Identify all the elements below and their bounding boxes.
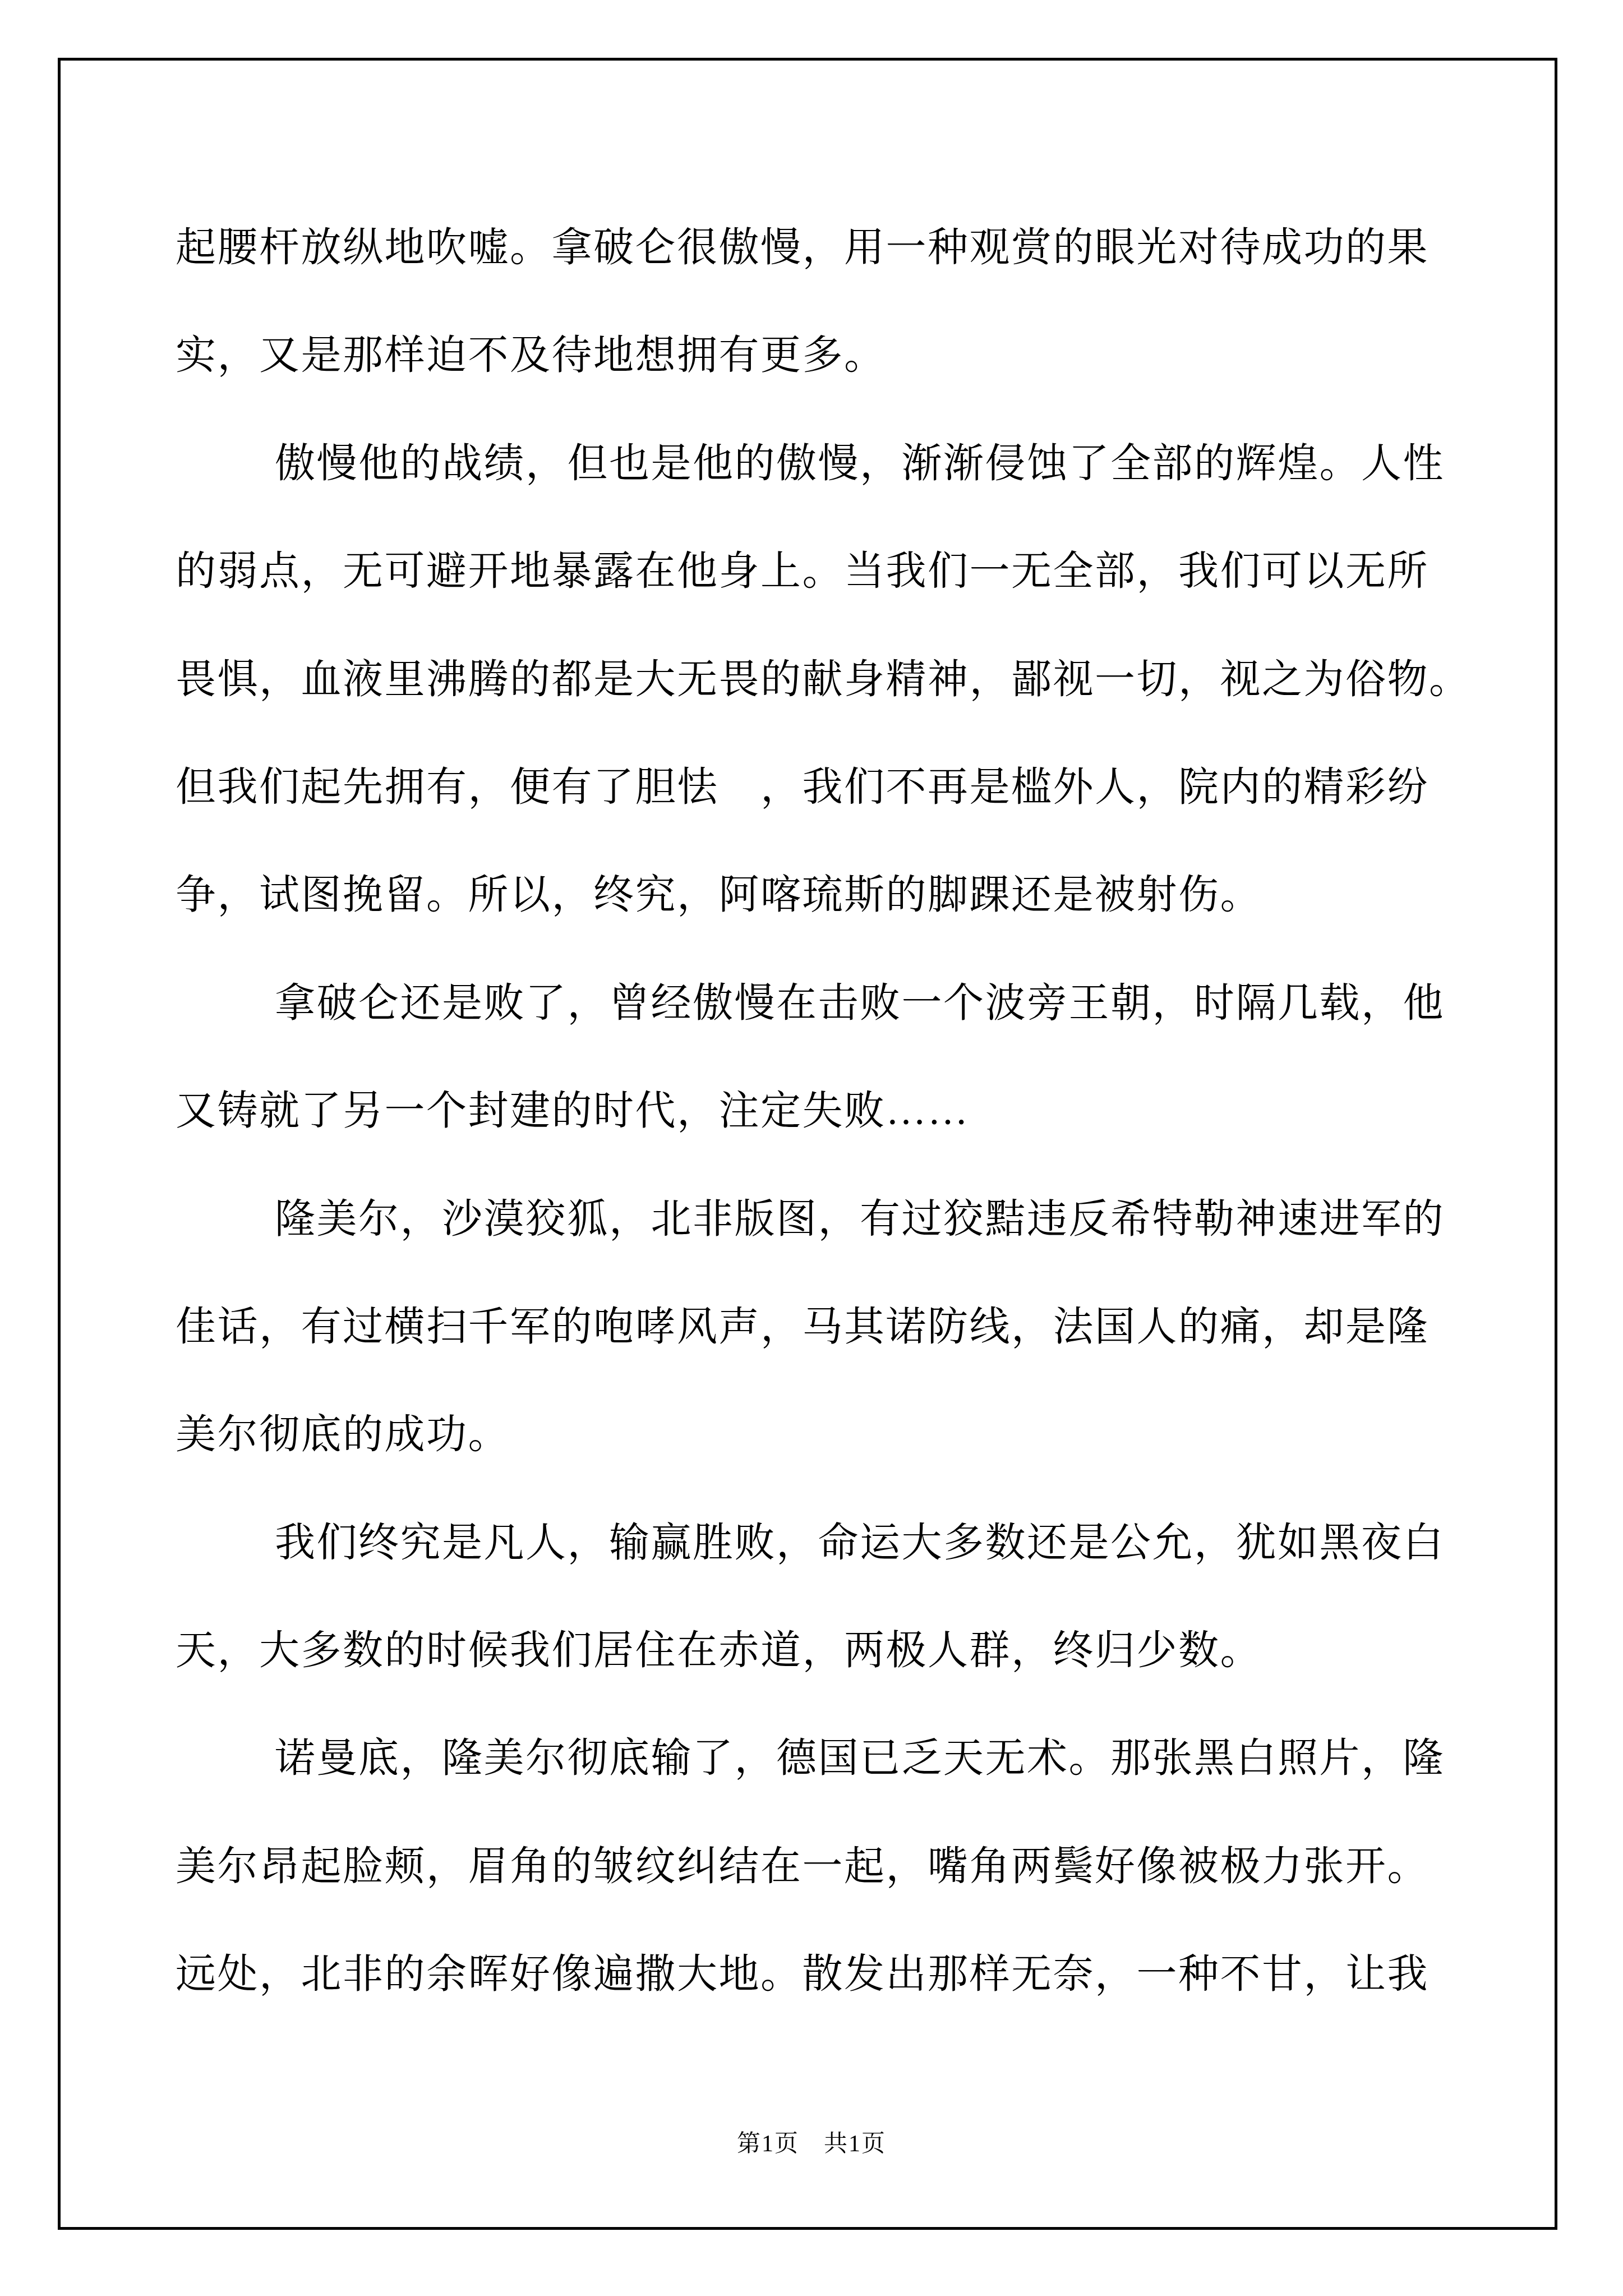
document-text: 起腰杆放纵地吹嘘。拿破仑很傲慢，用一种观赏的眼光对待成功的果 实，又是那样迫不及… — [176, 194, 1482, 2028]
text-line: 但我们起先拥有，便有了胆怯 ，我们不再是槛外人，院内的精彩纷 — [176, 733, 1482, 841]
text-line: 实，又是那样迫不及待地想拥有更多。 — [176, 301, 1482, 409]
page-footer: 第1页 共1页 — [0, 2125, 1623, 2159]
text-line: 又铸就了另一个封建的时代，注定失败…… — [176, 1057, 1482, 1165]
text-line: 诺曼底，隆美尔彻底输了，德国已乏天无术。那张黑白照片，隆 — [176, 1704, 1482, 1812]
text-line: 远处，北非的余晖好像遍撒大地。散发出那样无奈，一种不甘，让我 — [176, 1920, 1482, 2028]
text-line: 天，大多数的时候我们居住在赤道，两极人群，终归少数。 — [176, 1596, 1482, 1704]
document-page: 起腰杆放纵地吹嘘。拿破仑很傲慢，用一种观赏的眼光对待成功的果 实，又是那样迫不及… — [0, 0, 1623, 2296]
text-line: 争，试图挽留。所以，终究，阿喀琉斯的脚踝还是被射伤。 — [176, 841, 1482, 949]
text-line: 隆美尔，沙漠狡狐，北非版图，有过狡黠违反希特勒神速进军的 — [176, 1165, 1482, 1273]
text-line: 美尔昂起脸颊，眉角的皱纹纠结在一起，嘴角两鬓好像被极力张开。 — [176, 1812, 1482, 1920]
text-line: 畏惧，血液里沸腾的都是大无畏的献身精神，鄙视一切，视之为俗物。 — [176, 625, 1482, 733]
text-line: 傲慢他的战绩，但也是他的傲慢，渐渐侵蚀了全部的辉煌。人性 — [176, 409, 1482, 517]
text-line: 我们终究是凡人，输赢胜败，命运大多数还是公允，犹如黑夜白 — [176, 1489, 1482, 1596]
text-line: 起腰杆放纵地吹嘘。拿破仑很傲慢，用一种观赏的眼光对待成功的果 — [176, 194, 1482, 301]
text-line: 佳话，有过横扫千军的咆哮风声，马其诺防线，法国人的痛，却是隆 — [176, 1273, 1482, 1381]
text-line: 美尔彻底的成功。 — [176, 1381, 1482, 1488]
text-line: 的弱点，无可避开地暴露在他身上。当我们一无全部，我们可以无所 — [176, 517, 1482, 625]
text-line: 拿破仑还是败了，曾经傲慢在击败一个波旁王朝，时隔几载，他 — [176, 949, 1482, 1057]
